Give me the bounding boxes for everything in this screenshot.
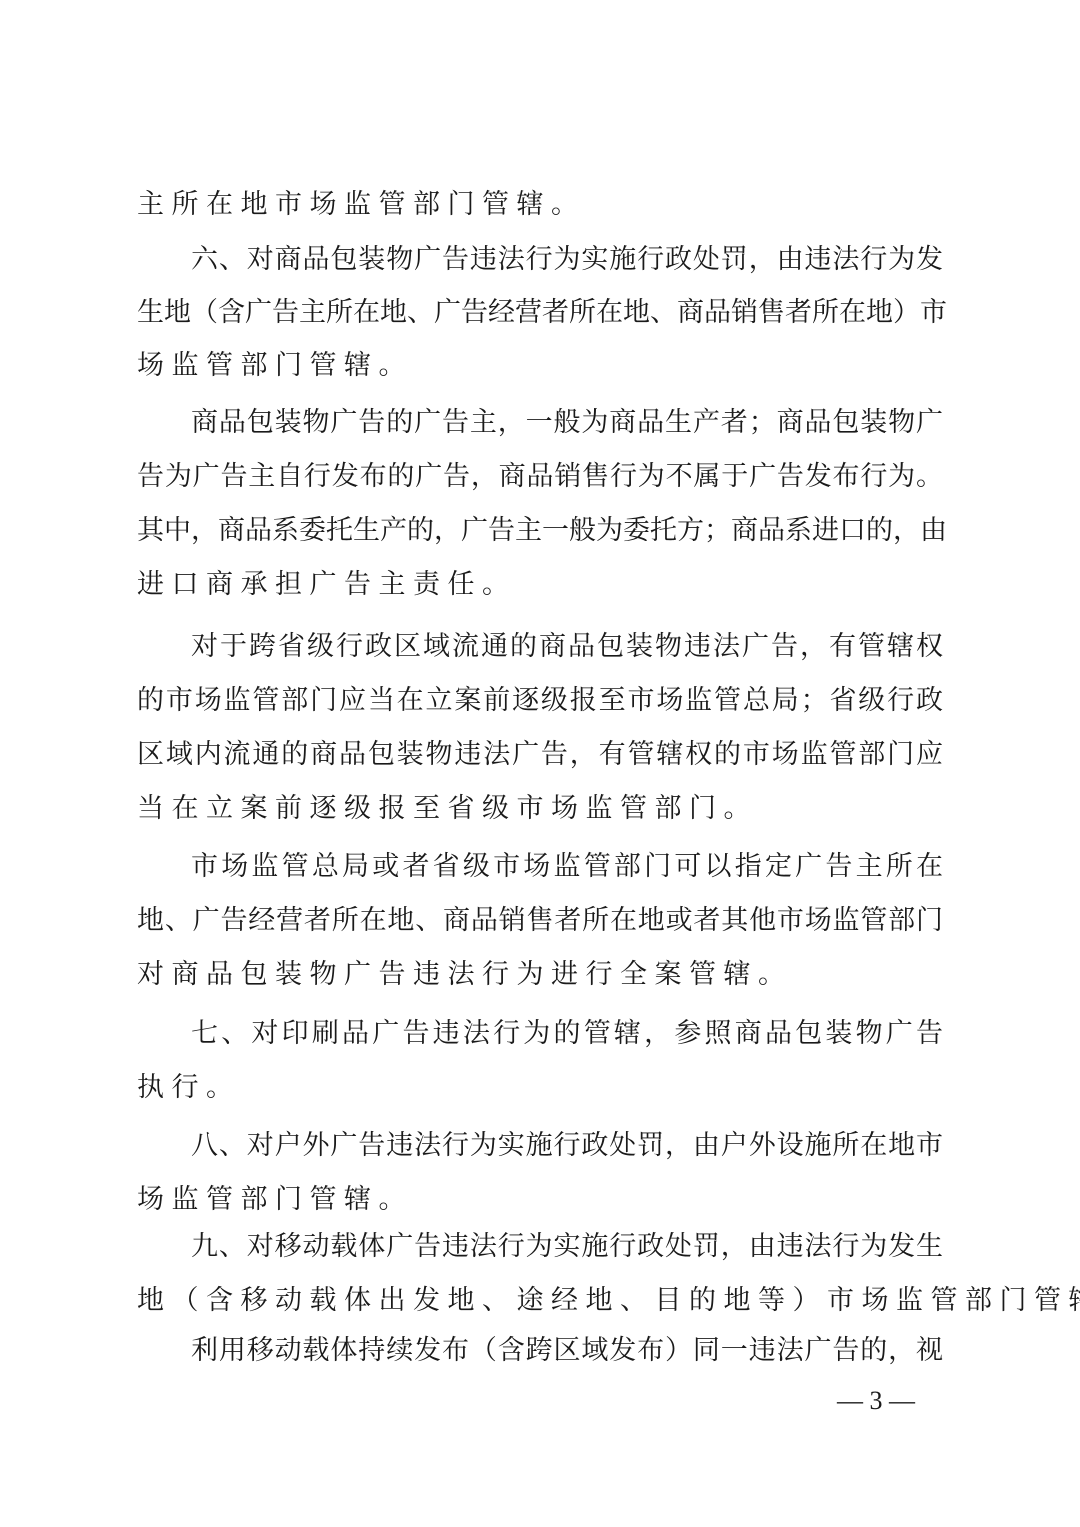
text-line: 利用移动载体持续发布（含跨区域发布）同一违法广告的，视 <box>191 1331 943 1371</box>
text-line: 九、对移动载体广告违法行为实施行政处罚，由违法行为发生 <box>191 1227 943 1267</box>
text-line: 当在立案前逐级报至省级市场监管部门。 <box>137 789 943 829</box>
text-line: 六、对商品包装物广告违法行为实施行政处罚，由违法行为发 <box>191 240 943 280</box>
text-line: 场监管部门管辖。 <box>137 346 943 386</box>
text-line: 生地（含广告主所在地、广告经营者所在地、商品销售者所在地）市 <box>137 293 943 333</box>
text-line: 七、对印刷品广告违法行为的管辖，参照商品包装物广告 <box>191 1014 943 1054</box>
text-line: 对于跨省级行政区域流通的商品包装物违法广告，有管辖权 <box>191 627 943 667</box>
text-line: 市场监管总局或者省级市场监管部门可以指定广告主所在 <box>191 847 943 887</box>
page-number: — 3 — <box>826 1384 926 1418</box>
text-line: 告为广告主自行发布的广告，商品销售行为不属于广告发布行为。 <box>137 457 943 497</box>
document-page: 主所在地市场监管部门管辖。 六、对商品包装物广告违法行为实施行政处罚，由违法行为… <box>0 0 1080 1527</box>
text-line: 商品包装物广告的广告主，一般为商品生产者；商品包装物广 <box>191 403 943 443</box>
text-line: 区域内流通的商品包装物违法广告，有管辖权的市场监管部门应 <box>137 735 943 775</box>
text-line: 的市场监管部门应当在立案前逐级报至市场监管总局；省级行政 <box>137 681 943 721</box>
text-line: 地、广告经营者所在地、商品销售者所在地或者其他市场监管部门 <box>137 901 943 941</box>
text-line: 八、对户外广告违法行为实施行政处罚，由户外设施所在地市 <box>191 1126 943 1166</box>
text-line: 对商品包装物广告违法行为进行全案管辖。 <box>137 955 943 995</box>
text-line: 地（含移动载体出发地、途经地、目的地等）市场监管部门管辖。 <box>137 1281 943 1321</box>
text-line: 场监管部门管辖。 <box>137 1180 943 1220</box>
text-line: 执行。 <box>137 1068 943 1108</box>
text-line: 其中，商品系委托生产的，广告主一般为委托方；商品系进口的，由 <box>137 511 943 551</box>
text-line: 进口商承担广告主责任。 <box>137 565 943 605</box>
text-line: 主所在地市场监管部门管辖。 <box>137 185 943 225</box>
